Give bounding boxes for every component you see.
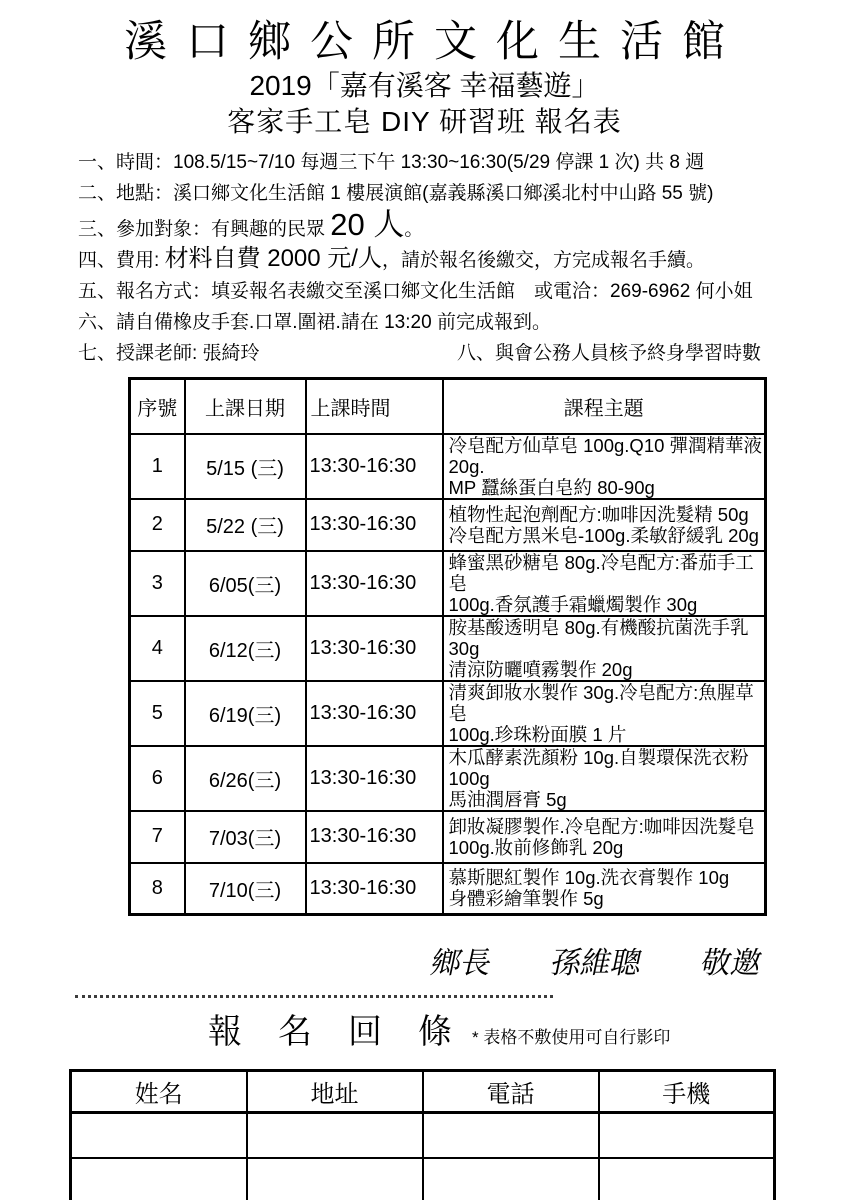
header-address: 地址 xyxy=(247,1071,423,1113)
info-fee-suffix: ，請於報名後繳交，方完成報名手續。 xyxy=(382,250,705,271)
class-time: 13:30-16:30 xyxy=(306,863,443,915)
class-time: 13:30-16:30 xyxy=(306,616,443,681)
cut-line-separator xyxy=(75,995,553,998)
course-row: 7 7/03(三) 13:30-16:30 卸妝凝膠製作.冷皂配方:咖啡因洗髮皂… xyxy=(130,811,766,863)
header-class-time: 上課時間 xyxy=(306,379,443,434)
reply-slip-title: 報名回條 xyxy=(208,1010,488,1054)
header-class-date: 上課日期 xyxy=(185,379,306,434)
seq-no: 3 xyxy=(130,551,185,616)
course-row: 3 6/05(三) 13:30-16:30 蜂蜜黑砂糖皂 80g.冷皂配方:番茄… xyxy=(130,551,766,616)
course-table-header-row: 序號 上課日期 上課時間 課程主題 xyxy=(130,379,766,434)
header-course-topic: 課程主題 xyxy=(443,379,766,434)
class-date: 6/19(三) xyxy=(185,681,306,746)
course-topic: 慕斯腮紅製作 10g.洗衣膏製作 10g 身體彩繪筆製作 5g xyxy=(443,863,766,915)
course-topic: 蜂蜜黑砂糖皂 80g.冷皂配方:番茄手工皂 100g.香氛護手霜蠟燭製作 30g xyxy=(443,551,766,616)
info-participants-prefix: 三、參加對象：有興趣的民眾 xyxy=(78,219,330,240)
info-fee: 四、費用: 材料自費 2000 元/人，請於報名後繳交，方完成報名手續。 xyxy=(78,245,849,276)
event-subtitle: 2019「嘉有溪客 幸福藝遊」 xyxy=(0,69,849,102)
class-date: 7/03(三) xyxy=(185,811,306,863)
info-teacher-credit-row: 七、授課老師: 張綺玲 八、與會公務人員核予終身學習時數 xyxy=(78,338,761,369)
reply-slip-note: * 表格不敷使用可自行影印 xyxy=(472,1023,670,1048)
document-page: 溪口鄉公所文化生活館 2019「嘉有溪客 幸福藝遊」 客家手工皂 DIY 研習班… xyxy=(0,0,849,1200)
page-title: 溪口鄉公所文化生活館 xyxy=(0,18,849,66)
empty-mobile-cell xyxy=(599,1113,775,1158)
reply-entry-row xyxy=(71,1113,775,1158)
class-time: 13:30-16:30 xyxy=(306,681,443,746)
info-teacher: 七、授課老師: 張綺玲 xyxy=(78,338,260,369)
course-row: 1 5/15 (三) 13:30-16:30 冷皂配方仙草皂 100g.Q10 … xyxy=(130,434,766,499)
reply-slip-header: 報名回條 * 表格不敷使用可自行影印 xyxy=(208,1010,849,1054)
course-row: 2 5/22 (三) 13:30-16:30 植物性起泡劑配方:咖啡因洗髮精 5… xyxy=(130,499,766,551)
reply-slip-table: 姓名 地址 電話 手機 xyxy=(69,1069,776,1200)
header-phone: 電話 xyxy=(423,1071,599,1113)
course-row: 4 6/12(三) 13:30-16:30 胺基酸透明皂 80g.有機酸抗菌洗手… xyxy=(130,616,766,681)
course-row: 8 7/10(三) 13:30-16:30 慕斯腮紅製作 10g.洗衣膏製作 1… xyxy=(130,863,766,915)
empty-name-cell xyxy=(71,1158,247,1200)
seq-no: 7 xyxy=(130,811,185,863)
seq-no: 2 xyxy=(130,499,185,551)
info-fee-prefix: 四、費用: xyxy=(78,250,165,271)
info-location: 二、地點：溪口鄉文化生活館 1 樓展演館(嘉義縣溪口鄉溪北村中山路 55 號) xyxy=(78,178,849,209)
course-topic: 卸妝凝膠製作.冷皂配方:咖啡因洗髮皂 100g.妝前修飾乳 20g xyxy=(443,811,766,863)
class-time: 13:30-16:30 xyxy=(306,551,443,616)
mayor-signature-text: 鄉長 孫維聰 敬邀 xyxy=(427,938,766,982)
class-date: 5/22 (三) xyxy=(185,499,306,551)
fee-amount: 材料自費 2000 元/人 xyxy=(165,245,382,272)
class-time: 13:30-16:30 xyxy=(306,811,443,863)
reply-entry-row xyxy=(71,1158,775,1200)
empty-phone-cell xyxy=(423,1158,599,1200)
empty-address-cell xyxy=(247,1158,423,1200)
class-date: 7/10(三) xyxy=(185,863,306,915)
course-topic: 胺基酸透明皂 80g.有機酸抗菌洗手乳 30g 清涼防曬噴霧製作 20g xyxy=(443,616,766,681)
header-seq-no: 序號 xyxy=(130,379,185,434)
info-participants: 三、參加對象：有興趣的民眾 20 人。 xyxy=(78,209,849,245)
seq-no: 6 xyxy=(130,746,185,811)
info-bring-items: 六、請自備橡皮手套.口罩.圍裙.請在 13:20 前完成報到。 xyxy=(78,307,849,338)
info-time: 一、時間：108.5/15~7/10 每週三下午 13:30~16:30(5/2… xyxy=(78,147,849,178)
course-topic: 植物性起泡劑配方:咖啡因洗髮精 50g 冷皂配方黑米皂-100g.柔敏舒緩乳 2… xyxy=(443,499,766,551)
empty-phone-cell xyxy=(423,1113,599,1158)
class-date: 6/12(三) xyxy=(185,616,306,681)
class-time: 13:30-16:30 xyxy=(306,499,443,551)
reply-table-header-row: 姓名 地址 電話 手機 xyxy=(71,1071,775,1113)
course-row: 6 6/26(三) 13:30-16:30 木瓜酵素洗顏粉 10g.自製環保洗衣… xyxy=(130,746,766,811)
header-mobile: 手機 xyxy=(599,1071,775,1113)
info-credit-hours: 八、與會公務人員核予終身學習時數 xyxy=(457,338,761,369)
participant-count: 20 人 xyxy=(330,207,404,242)
course-row: 5 6/19(三) 13:30-16:30 清爽卸妝水製作 30g.冷皂配方:魚… xyxy=(130,681,766,746)
class-date: 6/26(三) xyxy=(185,746,306,811)
info-registration: 五、報名方式：填妥報名表繳交至溪口鄉文化生活館 或電洽：269-6962 何小姐 xyxy=(78,276,849,307)
course-table: 序號 上課日期 上課時間 課程主題 1 5/15 (三) 13:30-16:30… xyxy=(128,377,767,916)
seq-no: 4 xyxy=(130,616,185,681)
header-name: 姓名 xyxy=(71,1071,247,1113)
empty-mobile-cell xyxy=(599,1158,775,1200)
mayor-signature: 鄉長 孫維聰 敬邀 xyxy=(0,938,762,982)
course-topic: 清爽卸妝水製作 30g.冷皂配方:魚腥草皂 100g.珍珠粉面膜 1 片 xyxy=(443,681,766,746)
course-topic: 冷皂配方仙草皂 100g.Q10 彈潤精華液 20g. MP 蠶絲蛋白皂約 80… xyxy=(443,434,766,499)
seq-no: 8 xyxy=(130,863,185,915)
seq-no: 1 xyxy=(130,434,185,499)
seq-no: 5 xyxy=(130,681,185,746)
empty-name-cell xyxy=(71,1113,247,1158)
class-date: 6/05(三) xyxy=(185,551,306,616)
class-time: 13:30-16:30 xyxy=(306,434,443,499)
info-list: 一、時間：108.5/15~7/10 每週三下午 13:30~16:30(5/2… xyxy=(78,147,849,369)
document-header: 溪口鄉公所文化生活館 2019「嘉有溪客 幸福藝遊」 客家手工皂 DIY 研習班… xyxy=(0,0,849,138)
class-subtitle: 客家手工皂 DIY 研習班 報名表 xyxy=(0,105,849,138)
info-participants-suffix: 。 xyxy=(404,219,423,240)
class-date: 5/15 (三) xyxy=(185,434,306,499)
empty-address-cell xyxy=(247,1113,423,1158)
course-topic: 木瓜酵素洗顏粉 10g.自製環保洗衣粉 100g 馬油潤唇膏 5g xyxy=(443,746,766,811)
class-time: 13:30-16:30 xyxy=(306,746,443,811)
